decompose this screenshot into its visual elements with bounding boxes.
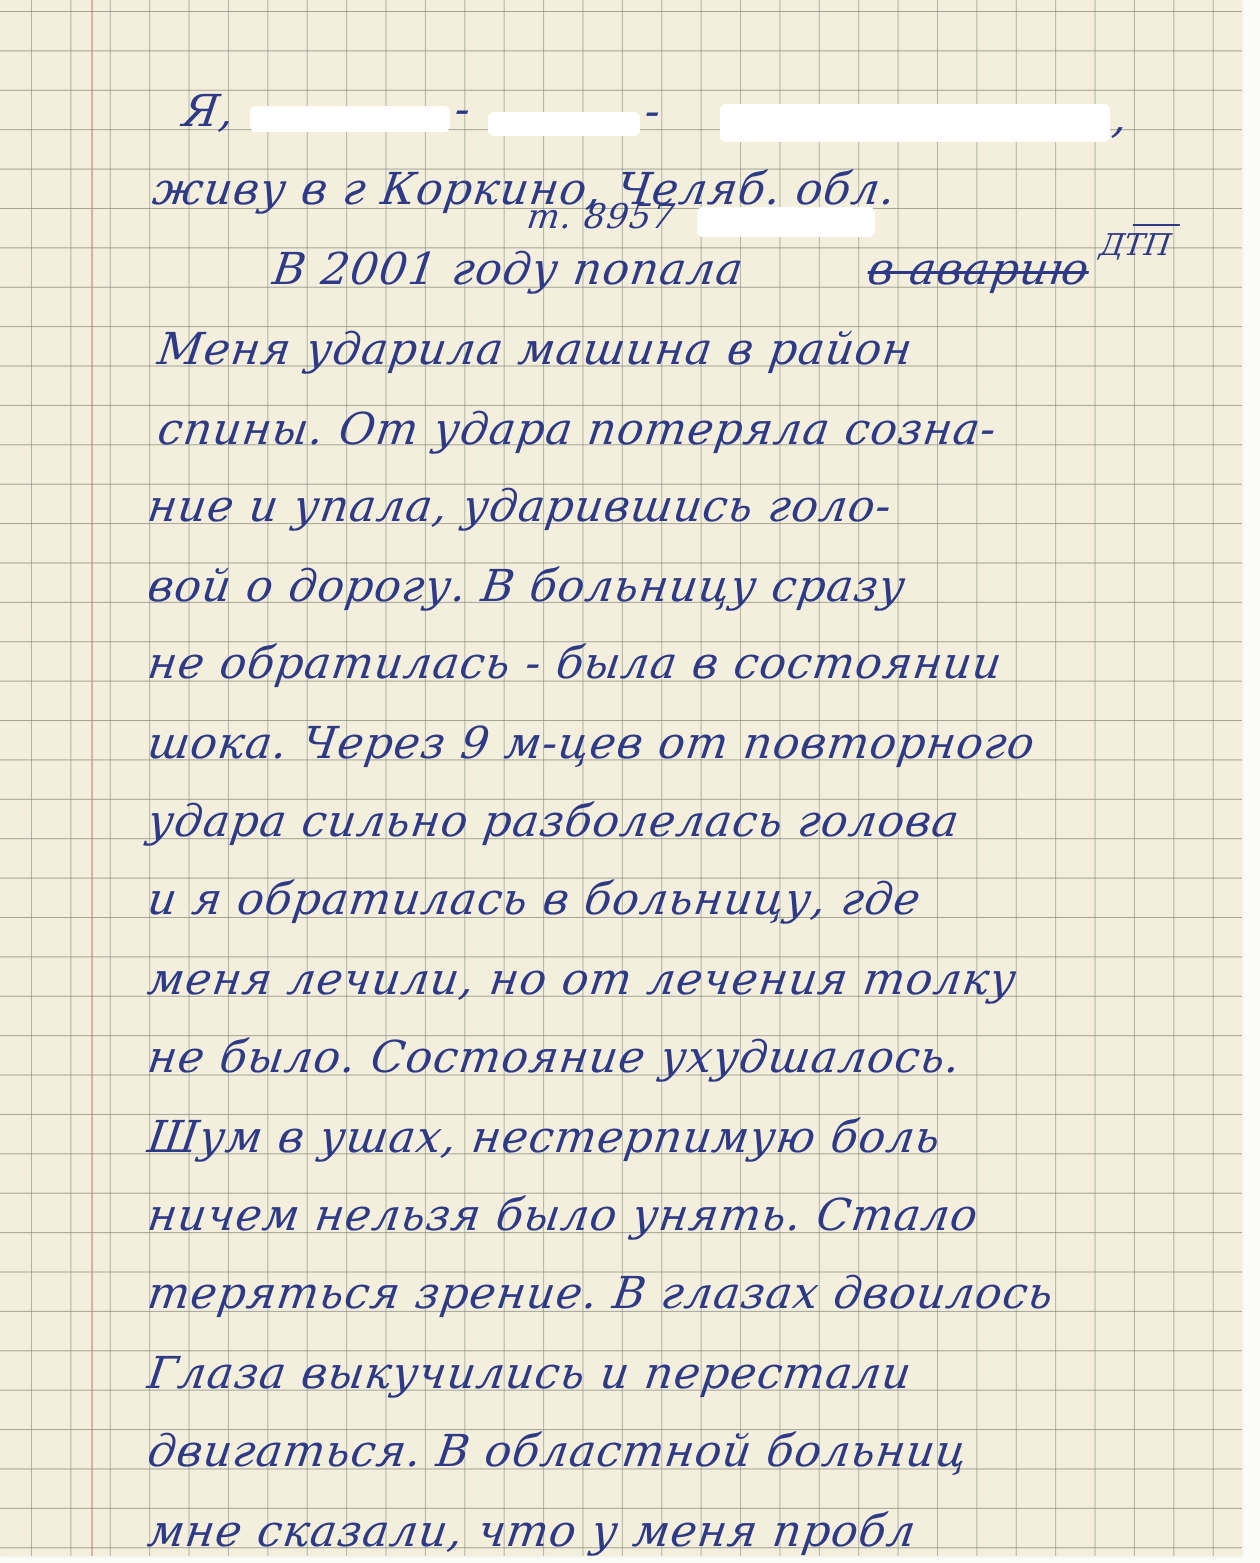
- text-line-14: не было. Состояние ухудшалось.: [145, 1036, 964, 1080]
- text-line-name: Я,: [180, 90, 238, 134]
- redaction-patronymic: [720, 104, 1110, 142]
- struck-text: в аварию: [865, 248, 1092, 292]
- correction-dtp: ДТП: [1098, 228, 1173, 263]
- text-line-8: вой о дорогу. В больницу сразу: [145, 565, 909, 609]
- redaction-first-name: [488, 112, 640, 136]
- text-line-18: Глаза выкучились и перестали: [145, 1352, 915, 1396]
- text-line-15: Шум в ушах, нестерпимую боль: [145, 1116, 944, 1160]
- text-line-5: Меня ударила машина в район: [155, 328, 915, 372]
- text-line-13: меня лечили, но от лечения толку: [145, 958, 1019, 1002]
- text-line-9: не обратилась - была в состоянии: [145, 642, 1005, 686]
- text-line-19: двигаться. В областной больниц: [145, 1430, 970, 1474]
- text-line-17: теряться зрение. В глазах двоилось: [145, 1272, 1056, 1316]
- text-line-phone: т. 8957: [525, 200, 677, 234]
- text-line-11: удара сильно разболелась голова: [145, 800, 962, 844]
- text-line-address: живу в г Коркино, Челяб. обл.: [150, 168, 899, 212]
- text-line-16: ничем нельзя было унять. Стало: [145, 1194, 981, 1238]
- correction-overline: [1133, 224, 1180, 226]
- text-line-7: ние и упала, ударившись голо-: [145, 485, 895, 529]
- text-line-4: В 2001 году попала в аварию: [270, 248, 1092, 292]
- correction-text: ДТП: [1098, 228, 1173, 263]
- text-line-12: и я обратилась в больницу, где: [145, 878, 924, 922]
- text-line-20: мне сказали, что у меня пробл: [145, 1510, 919, 1554]
- grid-paper-sheet: Я, - - , живу в г Коркино, Челяб. обл. т…: [0, 0, 1242, 1556]
- redaction-phone: [697, 207, 875, 237]
- name-hyphen-2: -: [642, 90, 664, 134]
- name-hyphen-1: -: [452, 88, 474, 132]
- margin-line: [91, 0, 93, 1556]
- text-line-4-main: В 2001 году попала: [270, 244, 747, 295]
- text-line-6: спины. От удара потеряла созна-: [155, 408, 999, 452]
- name-comma: ,: [1110, 96, 1131, 140]
- text-line-10: шока. Через 9 м-цев от повторного: [145, 722, 1038, 766]
- redaction-surname: [250, 106, 450, 132]
